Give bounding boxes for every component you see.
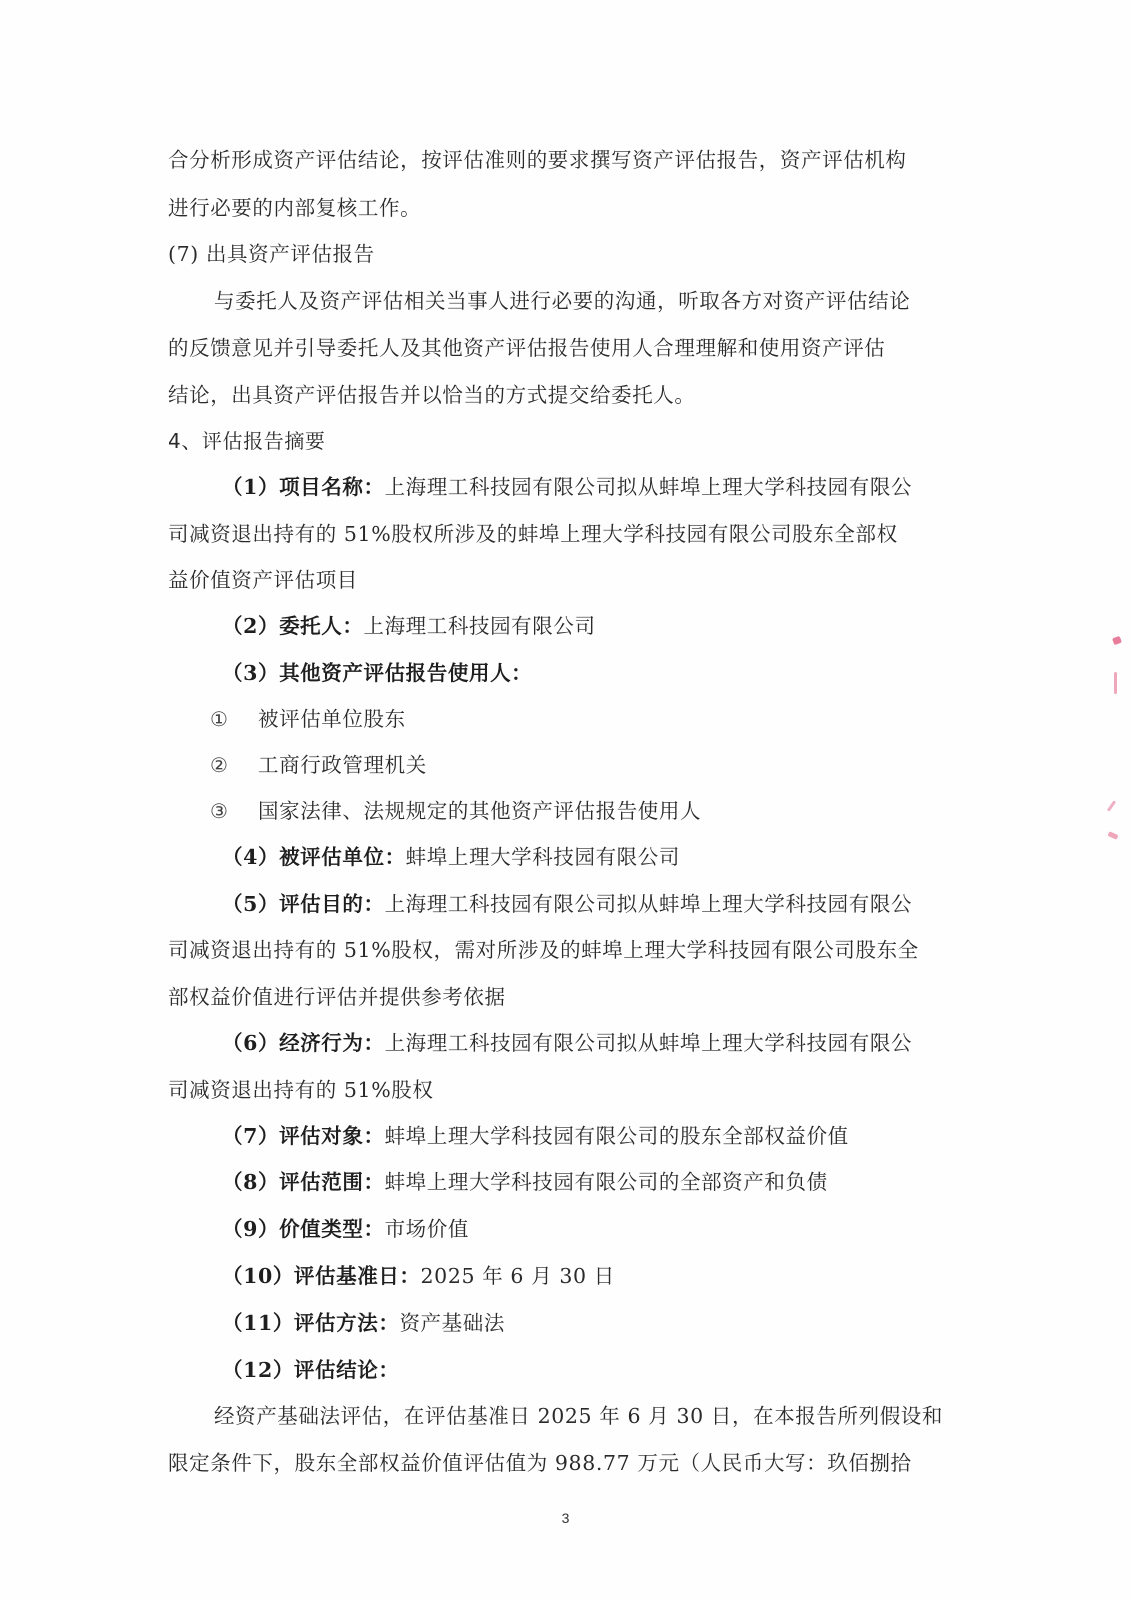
seal-stamp-mark: [1114, 672, 1117, 694]
paragraph-line: 的反馈意见并引导委托人及其他资产评估报告使用人合理理解和使用资产评估: [168, 334, 948, 362]
item-continuation: 司减资退出持有的 51%股权，需对所涉及的蚌埠上理大学科技园有限公司股东全: [168, 936, 948, 964]
item-value: 市场价值: [385, 1217, 469, 1241]
summary-item-conclusion: （12）评估结论：: [222, 1356, 1002, 1384]
section-heading: 4、评估报告摘要: [168, 427, 948, 455]
item-value: 资产基础法: [399, 1311, 505, 1335]
item-label: （5）评估目的：: [222, 892, 385, 916]
item-label: （12）评估结论：: [222, 1358, 399, 1382]
summary-item-economic-behavior: （6）经济行为：上海理工科技园有限公司拟从蚌埠上理大学科技园有限公: [222, 1029, 1002, 1057]
item-label: （2）委托人：: [222, 614, 363, 638]
summary-item-value-type: （9）价值类型：市场价值: [222, 1215, 1002, 1243]
item-label: （11）评估方法：: [222, 1311, 399, 1335]
item-label: （7）评估对象：: [222, 1124, 385, 1148]
seal-stamp-mark: [1107, 800, 1116, 812]
item-continuation: 司减资退出持有的 51%股权所涉及的蚌埠上理大学科技园有限公司股东全部权: [168, 520, 948, 548]
summary-item-project-name: （1）项目名称：上海理工科技园有限公司拟从蚌埠上理大学科技园有限公: [222, 473, 1002, 501]
seal-stamp-mark: [1107, 831, 1118, 840]
item-value: 上海理工科技园有限公司拟从蚌埠上理大学科技园有限公: [385, 1031, 913, 1055]
conclusion-line: 限定条件下，股东全部权益价值评估值为 988.77 万元（人民币大写：玖佰捌拾: [168, 1449, 948, 1477]
item-label: （9）价值类型：: [222, 1217, 385, 1241]
item-label: （6）经济行为：: [222, 1031, 385, 1055]
summary-item-scope: （8）评估范围：蚌埠上理大学科技园有限公司的全部资产和负债: [222, 1168, 1002, 1196]
item-continuation: 益价值资产评估项目: [168, 566, 948, 594]
step-heading: (7) 出具资产评估报告: [168, 240, 948, 268]
item-value: 2025 年 6 月 30 日: [421, 1264, 615, 1288]
item-value: 蚌埠上理大学科技园有限公司的全部资产和负债: [385, 1170, 828, 1194]
item-value: 蚌埠上理大学科技园有限公司: [406, 845, 680, 869]
item-continuation: 司减资退出持有的 51%股权: [168, 1076, 948, 1104]
item-value: 上海理工科技园有限公司拟从蚌埠上理大学科技园有限公: [385, 892, 913, 916]
circled-number: ③: [210, 797, 228, 825]
summary-item-client: （2）委托人：上海理工科技园有限公司: [222, 612, 1002, 640]
paragraph-line: 结论，出具资产评估报告并以恰当的方式提交给委托人。: [168, 381, 948, 409]
item-label: （8）评估范围：: [222, 1170, 385, 1194]
summary-item-other-users: （3）其他资产评估报告使用人：: [222, 659, 1002, 687]
user-item: 工商行政管理机关: [258, 751, 427, 779]
paragraph-line: 合分析形成资产评估结论，按评估准则的要求撰写资产评估报告，资产评估机构: [168, 146, 948, 174]
seal-stamp-mark: [1112, 636, 1122, 645]
document-page: 合分析形成资产评估结论，按评估准则的要求撰写资产评估报告，资产评估机构 进行必要…: [0, 0, 1131, 1600]
summary-item-method: （11）评估方法：资产基础法: [222, 1309, 1002, 1337]
conclusion-line: 经资产基础法评估，在评估基准日 2025 年 6 月 30 日，在本报告所列假设…: [214, 1402, 994, 1430]
summary-item-base-date: （10）评估基准日：2025 年 6 月 30 日: [222, 1262, 1002, 1290]
circled-number: ①: [210, 705, 228, 733]
page-number: 3: [0, 1510, 1131, 1526]
item-label: （3）其他资产评估报告使用人：: [222, 661, 532, 685]
item-value: 蚌埠上理大学科技园有限公司的股东全部权益价值: [385, 1124, 849, 1148]
paragraph-line: 进行必要的内部复核工作。: [168, 194, 948, 222]
paragraph-line: 与委托人及资产评估相关当事人进行必要的沟通，听取各方对资产评估结论: [214, 287, 994, 315]
user-item: 被评估单位股东: [258, 705, 406, 733]
circled-number: ②: [210, 751, 228, 779]
item-continuation: 部权益价值进行评估并提供参考依据: [168, 983, 948, 1011]
item-label: （1）项目名称：: [222, 475, 385, 499]
item-label: （4）被评估单位：: [222, 845, 406, 869]
summary-item-purpose: （5）评估目的：上海理工科技园有限公司拟从蚌埠上理大学科技园有限公: [222, 890, 1002, 918]
summary-item-appraised-entity: （4）被评估单位：蚌埠上理大学科技园有限公司: [222, 843, 1002, 871]
item-value: 上海理工科技园有限公司拟从蚌埠上理大学科技园有限公: [385, 475, 913, 499]
item-value: 上海理工科技园有限公司: [363, 614, 595, 638]
summary-item-object: （7）评估对象：蚌埠上理大学科技园有限公司的股东全部权益价值: [222, 1122, 1002, 1150]
item-label: （10）评估基准日：: [222, 1264, 421, 1288]
user-item: 国家法律、法规规定的其他资产评估报告使用人: [258, 797, 701, 825]
